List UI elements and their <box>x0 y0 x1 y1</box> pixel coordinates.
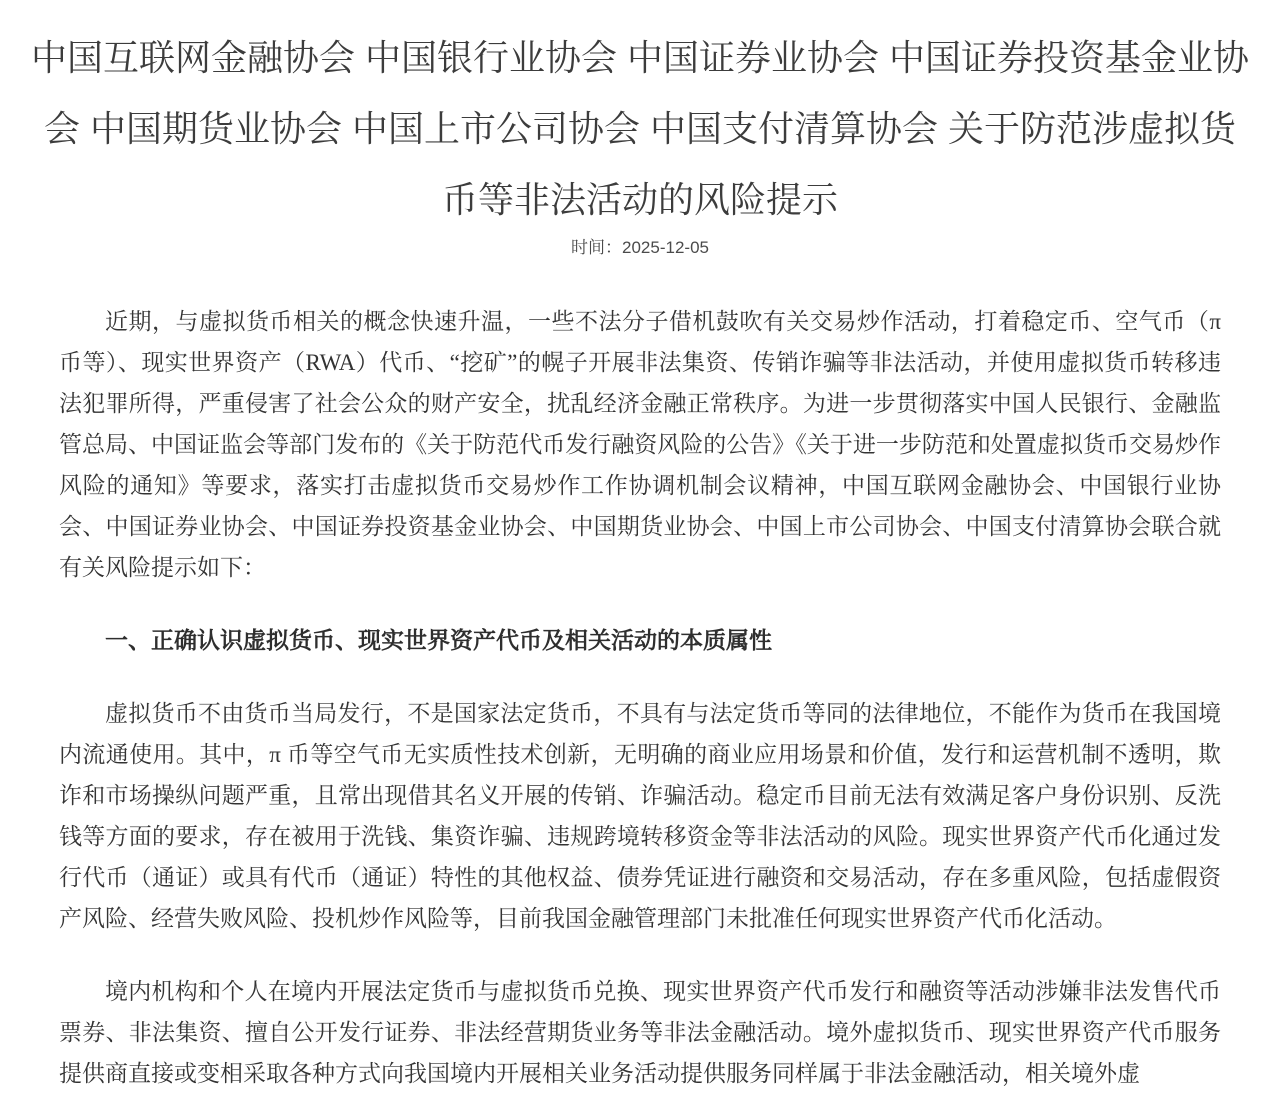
article-body: 近期，与虚拟货币相关的概念快速升温，一些不法分子借机鼓吹有关交易炒作活动，打着稳… <box>59 301 1221 1094</box>
paragraph: 虚拟货币不由货币当局发行，不是国家法定货币，不具有与法定货币等同的法律地位，不能… <box>59 693 1221 939</box>
page-title: 中国互联网金融协会 中国银行业协会 中国证券业协会 中国证券投资基金业协会 中国… <box>0 22 1280 235</box>
notice-page: 中国互联网金融协会 中国银行业协会 中国证券业协会 中国证券投资基金业协会 中国… <box>0 0 1280 1120</box>
paragraph: 近期，与虚拟货币相关的概念快速升温，一些不法分子借机鼓吹有关交易炒作活动，打着稳… <box>59 301 1221 588</box>
paragraph: 境内机构和个人在境内开展法定货币与虚拟货币兑换、现实世界资产代币发行和融资等活动… <box>59 971 1221 1094</box>
publish-date: 时间：2025-12-05 <box>0 235 1280 261</box>
section-heading: 一、正确认识虚拟货币、现实世界资产代币及相关活动的本质属性 <box>59 620 1221 661</box>
